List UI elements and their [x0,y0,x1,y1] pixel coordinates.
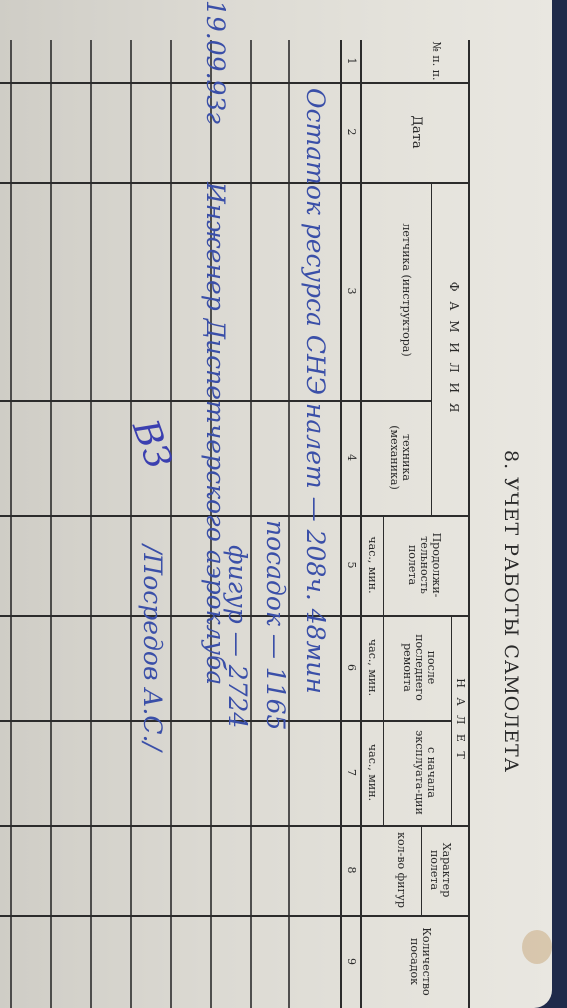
header-since-start: с начала эксплуата-ции [413,725,437,820]
table-top-border [468,40,470,1008]
header-technician: техника (механика) [388,405,412,510]
col-sep-2 [0,182,470,184]
header-landings: Количество посадок [408,915,432,1008]
colnum-6: 6 [345,615,358,720]
row-line-7 [50,40,52,1008]
unit-since-start: час., мин. [366,720,378,825]
row-line-6 [90,40,92,1008]
header-date: Дата [410,82,422,182]
header-figures: кол-во фигур [395,825,407,915]
colnum-2: 2 [345,82,358,182]
row-line-8 [10,40,12,1008]
nalet-group-line [451,615,452,825]
familiya-group-line [431,182,432,515]
handwritten-landings: посадок — 1165 [261,520,290,730]
colnum-7: 7 [345,720,358,825]
row-line-4 [170,40,172,1008]
col-sep-1 [0,82,470,84]
colnum-5: 5 [345,515,358,615]
row-line-5 [130,40,132,1008]
colnum-4: 4 [345,400,358,515]
handwritten-name: /Посредов А.С./ [138,545,167,751]
handwritten-resource-remaining: Остаток ресурса СНЭ налет — 208ч. 48мин [301,88,330,694]
col-sep-8 [0,915,470,917]
header-familiya: Ф А М И Л И Я [448,182,460,515]
unit-after-repair: час., мин. [366,615,378,720]
colnum-3: 3 [345,182,358,400]
header-nalet: Н А Л Е Т [454,615,466,825]
handwritten-date: 19.09.93г [201,0,230,124]
header-bottom-border [360,40,362,1008]
header-number: № п. п. [430,40,442,82]
col-sep-4 [0,515,470,517]
page-title: 8. УЧЕТ РАБОТЫ САМОЛЕТА [500,450,522,773]
number-row-border [340,40,342,1008]
colnum-8: 8 [345,825,358,915]
character-group-line [421,825,422,915]
logbook-page: 8. УЧЕТ РАБОТЫ САМОЛЕТА № п. п. Дата Ф А… [0,0,552,1008]
handwritten-engineer-title: Инженер Диспетчерского аэроклуба [201,182,230,685]
colnum-1: 1 [345,40,358,82]
header-pilot: летчика (инструктора) [400,190,412,390]
row-line-2 [250,40,252,1008]
unit-duration: час., мин. [366,515,378,615]
header-duration: Продолжи-тельность полета [406,515,442,615]
units-line [383,515,384,825]
colnum-9: 9 [345,915,358,1008]
header-after-repair: после последнего ремонта [401,620,437,715]
header-flight-character: Характер полета [428,825,452,915]
